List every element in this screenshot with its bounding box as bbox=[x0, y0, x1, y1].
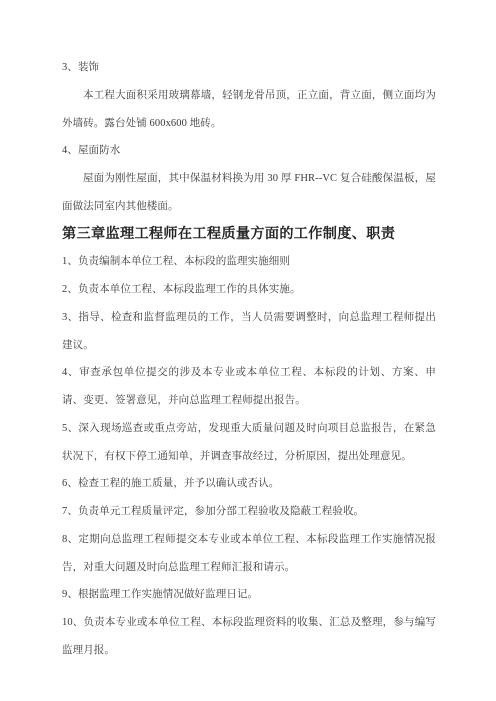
item-3-decoration-title: 3、装饰 bbox=[62, 54, 436, 82]
item-4-roof-waterproof-title: 4、屋面防水 bbox=[62, 137, 436, 165]
duty-item-7: 7、负责单元工程质量评定，参加分部工程验收及隐蔽工程验收。 bbox=[62, 498, 436, 526]
duty-item-6: 6、检查工程的施工质量，并予以确认或否认。 bbox=[62, 470, 436, 498]
duty-item-2: 2、负责本单位工程、本标段监理工作的具体实施。 bbox=[62, 276, 436, 304]
duty-item-4: 4、审查承包单位提交的涉及本专业或本单位工程、本标段的计划、方案、申请、变更、签… bbox=[62, 359, 436, 415]
document-page: 3、装饰 本工程大面积采用玻璃幕墙，轻钢龙骨吊顶，正立面，背立面，侧立面均为外墙… bbox=[0, 0, 496, 701]
duty-item-1: 1、负责编制本单位工程、本标段的监理实施细则 bbox=[62, 248, 436, 276]
duty-item-10: 10、负责本专业或本单位工程、本标段监理资料的收集、汇总及整理，参与编写监理月报… bbox=[62, 609, 436, 665]
duty-item-3: 3、指导、检查和监督监理员的工作，当人员需要调整时，向总监理工程师提出建议。 bbox=[62, 304, 436, 360]
para-curtain-wall: 本工程大面积采用玻璃幕墙，轻钢龙骨吊顶，正立面，背立面，侧立面均为外墙砖。露台处… bbox=[62, 82, 436, 138]
chapter-3-heading: 第三章监理工程师在工程质量方面的工作制度、职责 bbox=[62, 221, 436, 249]
duty-item-5: 5、深入现场巡查或重点旁站，发现重大质量问题及时向项目总监报告，在紧急状况下，有… bbox=[62, 415, 436, 471]
duty-item-8: 8、定期向总监理工程师提交本专业或本单位工程、本标段监理工作实施情况报告，对重大… bbox=[62, 526, 436, 582]
para-roof-insulation: 屋面为刚性屋面，其中保温材料换为用 30 厚 FHR--VC 复合硅酸保温板，屋… bbox=[62, 165, 436, 221]
duty-item-9: 9、根据监理工作实施情况做好监理日记。 bbox=[62, 581, 436, 609]
